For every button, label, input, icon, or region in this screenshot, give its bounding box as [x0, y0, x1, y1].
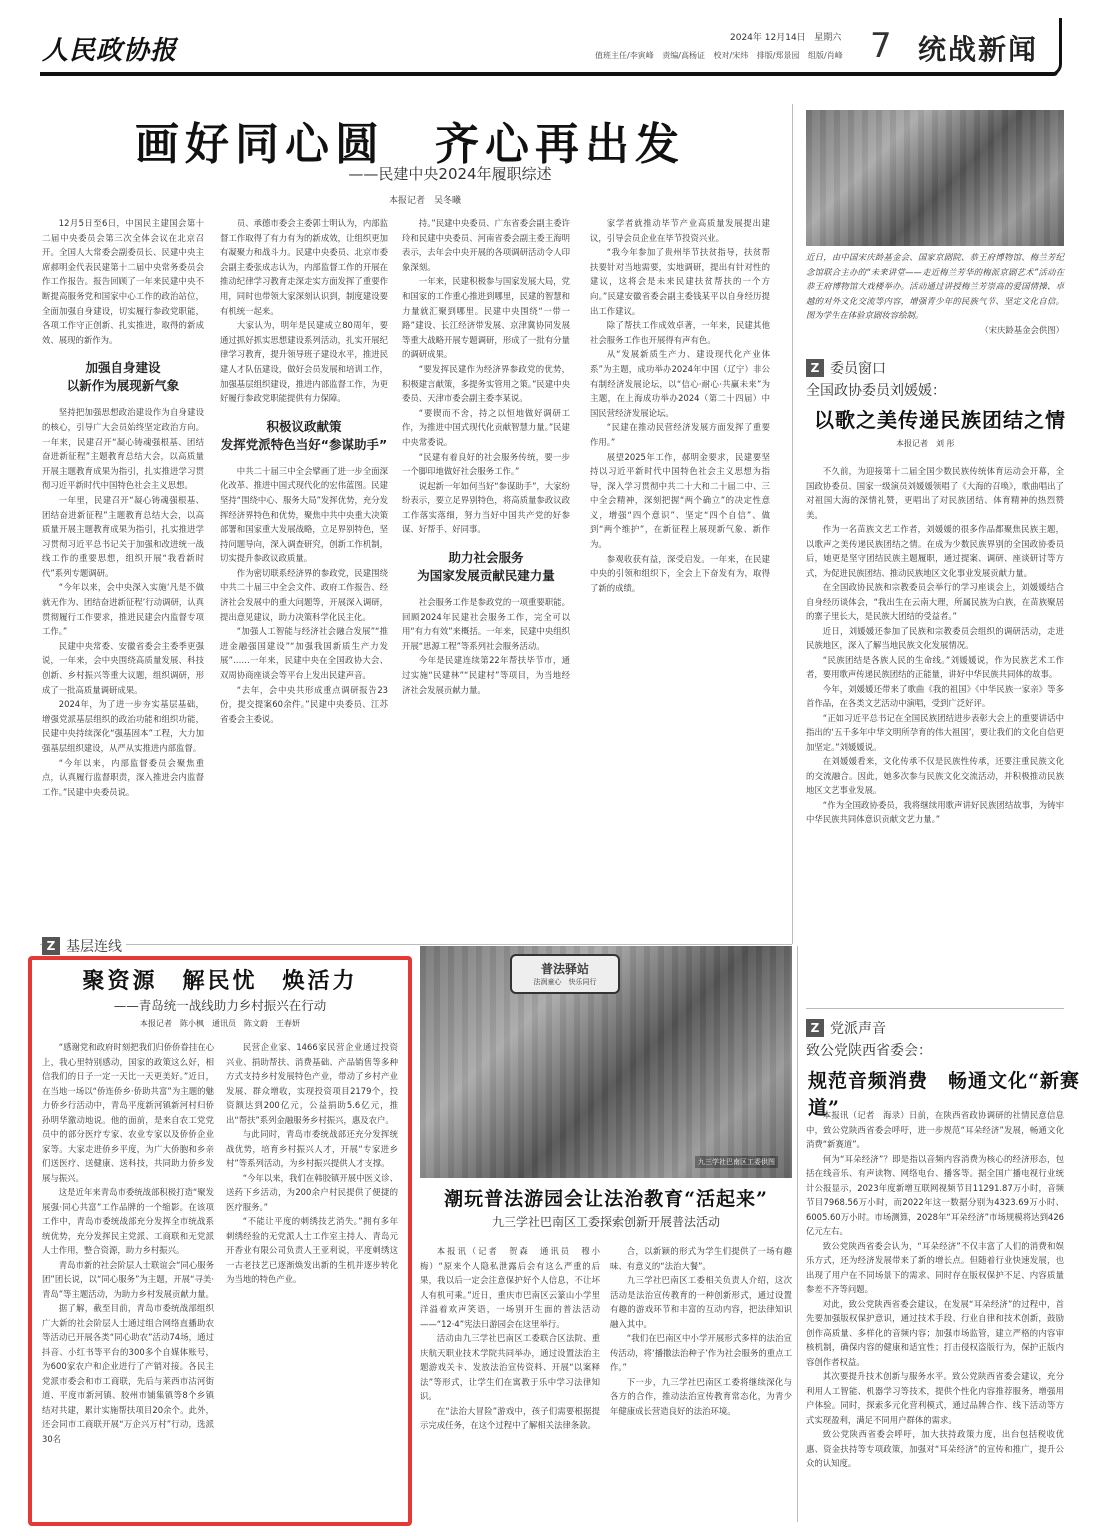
masthead-curve	[1050, 18, 1062, 76]
law-fair-photo: 普法驿站法润童心 快乐同行 九三学社巴南区工委供图	[420, 946, 792, 1178]
law-column-1: 本报讯（记者 贺森 通讯员 穆小梅）“原来个人隐私泄露后会有这么严重的后果，我以…	[420, 1244, 600, 1520]
lead-byline: 本报记者 吴冬曦	[40, 193, 780, 206]
section-divider	[40, 944, 792, 945]
law-subtitle: 九三学社巴南区工委探索创新开展普法活动	[416, 1213, 796, 1230]
issue-date: 2024年 12月14日 星期六	[730, 30, 841, 43]
member-window-body: 不久前，为迎接第十二届全国少数民族传统体育运动会开幕，全国政协委员、国家一级演员…	[806, 464, 1064, 1004]
z-logo-icon: Z	[42, 937, 60, 955]
newspaper-logo: 人民政协报	[42, 30, 177, 67]
column-tag-member-window: Z 委员窗口	[806, 358, 886, 378]
masthead-rule	[40, 72, 1058, 76]
grassroots-byline: 本报记者 陈小枫 通讯员 陈文蔚 王春妍	[36, 1018, 404, 1029]
column-tag-grassroots: Z 基层连线	[42, 936, 126, 956]
lead-subhead-2: 积极议政献策发挥党派特色当好“参谋助手”	[220, 418, 388, 454]
party-voice-kicker: 致公党陕西省委会：	[806, 1040, 932, 1060]
grassroots-column-1: “感谢党和政府时刻把我们归侨侨眷挂在心上，我心里特别感动，国家的政策这么好，相信…	[42, 1040, 214, 1510]
right-divider	[806, 1008, 1064, 1009]
grassroots-column-2: 民营企业家、1466家民营企业通过投资兴业、捐助帮扶、消费基础、产品销售等多种方…	[226, 1040, 398, 1510]
editorial-staff: 值班主任/李寅峰 责编/高杨证 校对/宋炜 排版/郑景园 组版/肖峰	[595, 50, 843, 61]
law-headline: 潮玩普法游园会让法治教育“活起来”	[416, 1184, 796, 1211]
lead-column-3: 持。”民建中央委员、广东省委会副主委许玲和民建中央委员、河南省委会副主委王海明表…	[402, 216, 570, 936]
photo-credit: 九三学社巴南区工委供图	[695, 1156, 778, 1168]
member-window-byline: 本报记者 刘 彤	[896, 438, 955, 449]
column-divider	[792, 104, 793, 944]
lead-column-4: 家学者就推动毕节产业高质量发展提出建议，引导会员企业在毕节投资兴业。 “我今年参…	[590, 216, 770, 936]
z-logo-icon: Z	[806, 1019, 824, 1037]
grassroots-subtitle: ——青岛统一战线助力乡村振兴在行动	[36, 996, 404, 1014]
lead-column-1: 12月5日至6日，中国民主建国会第十二届中央委员会第三次全体会议在北京召开。全国…	[42, 216, 204, 936]
z-logo-icon: Z	[806, 359, 824, 377]
member-window-headline: 以歌之美传递民族团结之情	[814, 404, 1066, 433]
column-divider	[797, 946, 798, 1522]
party-voice-body: 本报讯（记者 海录）日前，在陕西省政协调研的社情民意信息中，致公党陕西省委会呼吁…	[806, 1108, 1064, 1518]
photo-sign: 普法驿站法润童心 快乐同行	[510, 954, 620, 994]
law-column-2: 合，以新颖的形式为学生们提供了一场有趣味、有意义的“法治大餐”。 九三学社巴南区…	[610, 1244, 792, 1520]
beijing-opera-photo	[806, 110, 1064, 246]
lead-subtitle: ——民建中央2024年履职综述	[40, 163, 780, 184]
lead-subhead-1: 加强自身建设以新作为展现新气象	[42, 359, 204, 395]
masthead: 人民政协报 2024年 12月14日 星期六 值班主任/李寅峰 责编/高杨证 校…	[40, 18, 1070, 76]
lead-subhead-3: 助力社会服务为国家发展贡献民建力量	[402, 549, 570, 585]
column-tag-party-voice: Z 党派声音	[806, 1018, 886, 1038]
section-title: 统战新闻	[918, 28, 1038, 68]
photo-caption: 近日，由中国宋庆龄基金会、国家京剧院、恭王府博物馆、梅兰芳纪念馆联合主办的“未来…	[806, 250, 1064, 337]
lead-column-2: 员、承德市委会主委郭士明认为，内部监督工作取得了有力有为的新成效，让组织更加有凝…	[220, 216, 388, 936]
member-window-kicker: 全国政协委员刘媛媛：	[806, 380, 946, 400]
grassroots-headline: 聚资源 解民忧 焕活力	[36, 964, 404, 995]
page-number: 7	[870, 26, 892, 66]
